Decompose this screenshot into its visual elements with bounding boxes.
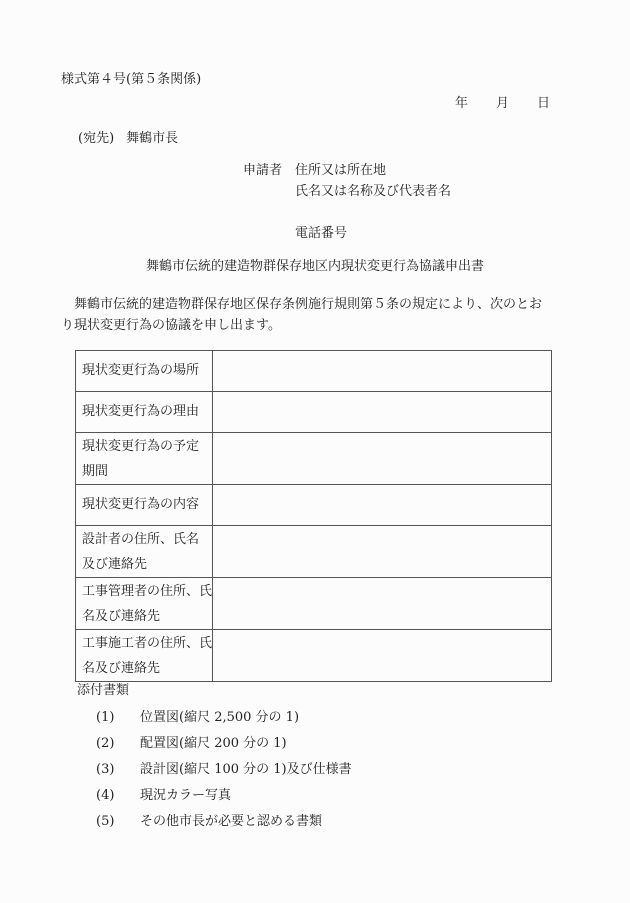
row-value-location[interactable] [213,351,552,392]
table-row: 現状変更行為の場所 [76,351,552,392]
attachment-item: (4)現況カラー写真 [96,788,231,804]
row-label-content: 現状変更行為の内容 [76,485,213,526]
body-paragraph: 舞鶴市伝統的建造物群保存地区保存条例施行規則第５条の規定により、次のとお り現状… [61,294,561,336]
table-row: 工事管理者の住所、氏名及び連絡先 [76,578,552,630]
table-row: 現状変更行為の理由 [76,392,552,433]
row-value-content[interactable] [213,485,552,526]
applicant-phone-label: 電話番号 [295,226,347,242]
table-row: 工事施工者の住所、氏名及び連絡先 [76,630,552,682]
attachment-number: (1) [96,710,140,726]
table-row: 設計者の住所、氏名及び連絡先 [76,526,552,578]
document-title: 舞鶴市伝統的建造物群保存地区内現状変更行為協議申出書 [0,259,630,275]
attachment-text: その他市長が必要と認める書類 [140,814,322,829]
body-line-1: 舞鶴市伝統的建造物群保存地区保存条例施行規則第５条の規定により、次のとお [61,294,561,315]
attachment-item: (3)設計図(縮尺 100 分の 1)及び仕様書 [96,762,352,778]
application-table: 現状変更行為の場所 現状変更行為の理由 現状変更行為の予定期間 現状変更行為の内… [75,350,552,682]
row-value-period[interactable] [213,433,552,485]
addressee-prefix: (宛先) [78,131,114,146]
applicant-address-label: 住所又は所在地 [295,163,386,179]
attachments-title: 添付書類 [77,683,129,699]
row-label-contractor: 工事施工者の住所、氏名及び連絡先 [76,630,213,682]
row-label-location: 現状変更行為の場所 [76,351,213,392]
row-value-supervisor[interactable] [213,578,552,630]
attachment-item: (5)その他市長が必要と認める書類 [96,814,322,830]
body-line-2: り現状変更行為の協議を申し出ます。 [61,315,561,336]
attachment-text: 配置図(縮尺 200 分の 1) [140,736,287,751]
attachment-item: (2)配置図(縮尺 200 分の 1) [96,736,287,752]
form-number: 様式第４号(第５条関係) [61,72,201,88]
row-label-reason: 現状変更行為の理由 [76,392,213,433]
applicant-label: 申請者 [243,163,282,179]
table-row: 現状変更行為の内容 [76,485,552,526]
row-value-designer[interactable] [213,526,552,578]
row-value-contractor[interactable] [213,630,552,682]
addressee: (宛先)舞鶴市長 [78,131,178,147]
attachment-text: 設計図(縮尺 100 分の 1)及び仕様書 [140,762,352,777]
addressee-name: 舞鶴市長 [126,131,178,146]
row-value-reason[interactable] [213,392,552,433]
date-day-label: 日 [537,96,550,112]
attachment-number: (4) [96,788,140,804]
date-month-label: 月 [496,96,509,112]
attachment-number: (2) [96,736,140,752]
table-row: 現状変更行為の予定期間 [76,433,552,485]
attachment-number: (3) [96,762,140,778]
attachment-text: 現況カラー写真 [140,788,231,803]
row-label-period: 現状変更行為の予定期間 [76,433,213,485]
attachment-item: (1)位置図(縮尺 2,500 分の 1) [96,710,299,726]
attachment-text: 位置図(縮尺 2,500 分の 1) [140,710,299,725]
date-year-label: 年 [455,96,468,112]
applicant-name-label: 氏名又は名称及び代表者名 [295,184,451,200]
attachment-number: (5) [96,814,140,830]
row-label-designer: 設計者の住所、氏名及び連絡先 [76,526,213,578]
row-label-supervisor: 工事管理者の住所、氏名及び連絡先 [76,578,213,630]
